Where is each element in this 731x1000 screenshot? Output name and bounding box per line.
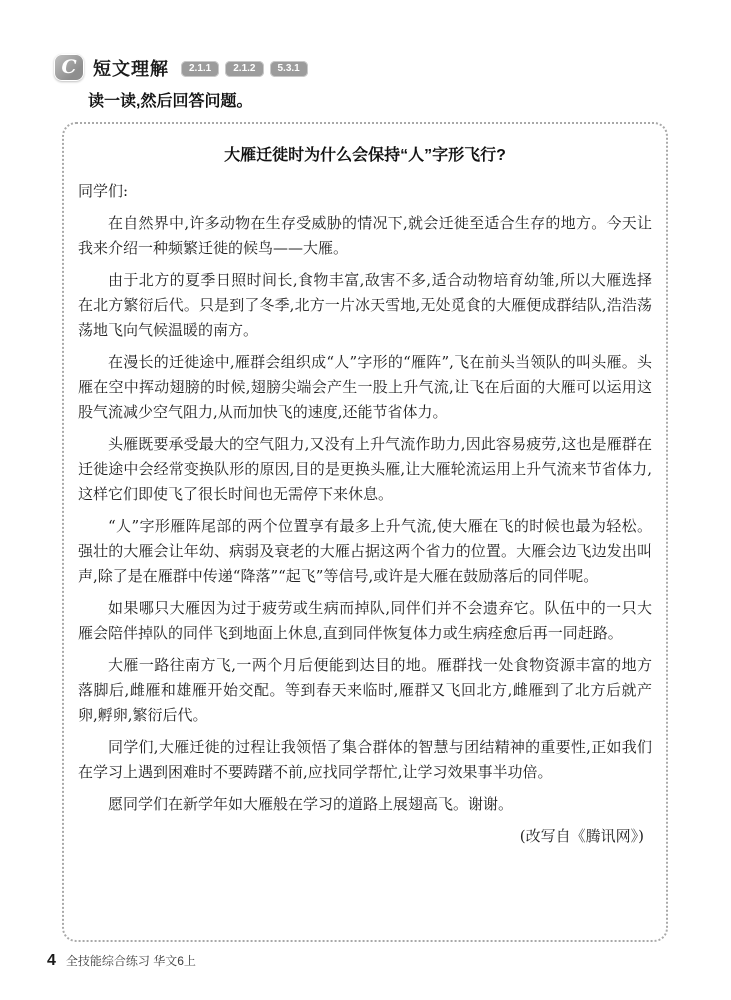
passage-box: 大雁迁徙时为什么会保持“人”字形飞行? 同学们: 在自然界中,许多动物在生存受威… <box>62 122 668 942</box>
passage-paragraph: 如果哪只大雁因为过于疲劳或生病而掉队,同伴们并不会遗弃它。队伍中的一只大雁会陪伴… <box>78 596 652 646</box>
passage-paragraph: 愿同学们在新学年如大雁般在学习的道路上展翅高飞。谢谢。 <box>78 792 652 817</box>
lesson-code-badge: 5.3.1 <box>270 61 308 77</box>
passage-title: 大雁迁徙时为什么会保持“人”字形飞行? <box>78 142 652 165</box>
lesson-code-badge: 2.1.2 <box>225 61 263 77</box>
page-number: 4 <box>47 952 56 970</box>
lesson-code-badge: 2.1.1 <box>181 61 219 77</box>
passage-paragraph: 在漫长的迁徙途中,雁群会组织成“人”字形的“雁阵”,飞在前头当领队的叫头雁。头雁… <box>78 350 652 425</box>
passage-paragraph: 在自然界中,许多动物在生存受威胁的情况下,就会迁徙至适合生存的地方。今天让我来介… <box>78 211 652 261</box>
passage-salutation: 同学们: <box>78 179 652 204</box>
workbook-page: C 短文理解 2.1.12.1.25.3.1 读一读,然后回答问题。 大雁迁徙时… <box>0 0 731 1000</box>
passage-paragraph: 头雁既要承受最大的空气阻力,又没有上升气流作助力,因此容易疲劳,这也是雁群在迁徙… <box>78 432 652 507</box>
page-footer: 4 全技能综合练习 华文6上 <box>47 952 196 970</box>
passage-paragraph: 大雁一路往南方飞,一两个月后便能到达目的地。雁群找一处食物资源丰富的地方落脚后,… <box>78 653 652 728</box>
book-title: 全技能综合练习 华文6上 <box>66 952 196 969</box>
lesson-code-badges: 2.1.12.1.25.3.1 <box>181 61 308 77</box>
passage-attribution: (改写自《腾讯网》) <box>78 824 652 849</box>
instruction-text: 读一读,然后回答问题。 <box>88 88 252 111</box>
section-header: C 短文理解 2.1.12.1.25.3.1 <box>54 54 308 81</box>
passage-paragraphs: 在自然界中,许多动物在生存受威胁的情况下,就会迁徙至适合生存的地方。今天让我来介… <box>78 211 652 817</box>
passage-paragraph: “人”字形雁阵尾部的两个位置享有最多上升气流,使大雁在飞的时候也最为轻松。强壮的… <box>78 514 652 589</box>
section-title: 短文理解 <box>93 55 169 81</box>
passage-paragraph: 由于北方的夏季日照时间长,食物丰富,敌害不多,适合动物培育幼雏,所以大雁选择在北… <box>78 268 652 343</box>
passage-paragraph: 同学们,大雁迁徙的过程让我领悟了集合群体的智慧与团结精神的重要性,正如我们在学习… <box>78 735 652 785</box>
c-badge-icon: C <box>54 54 84 81</box>
